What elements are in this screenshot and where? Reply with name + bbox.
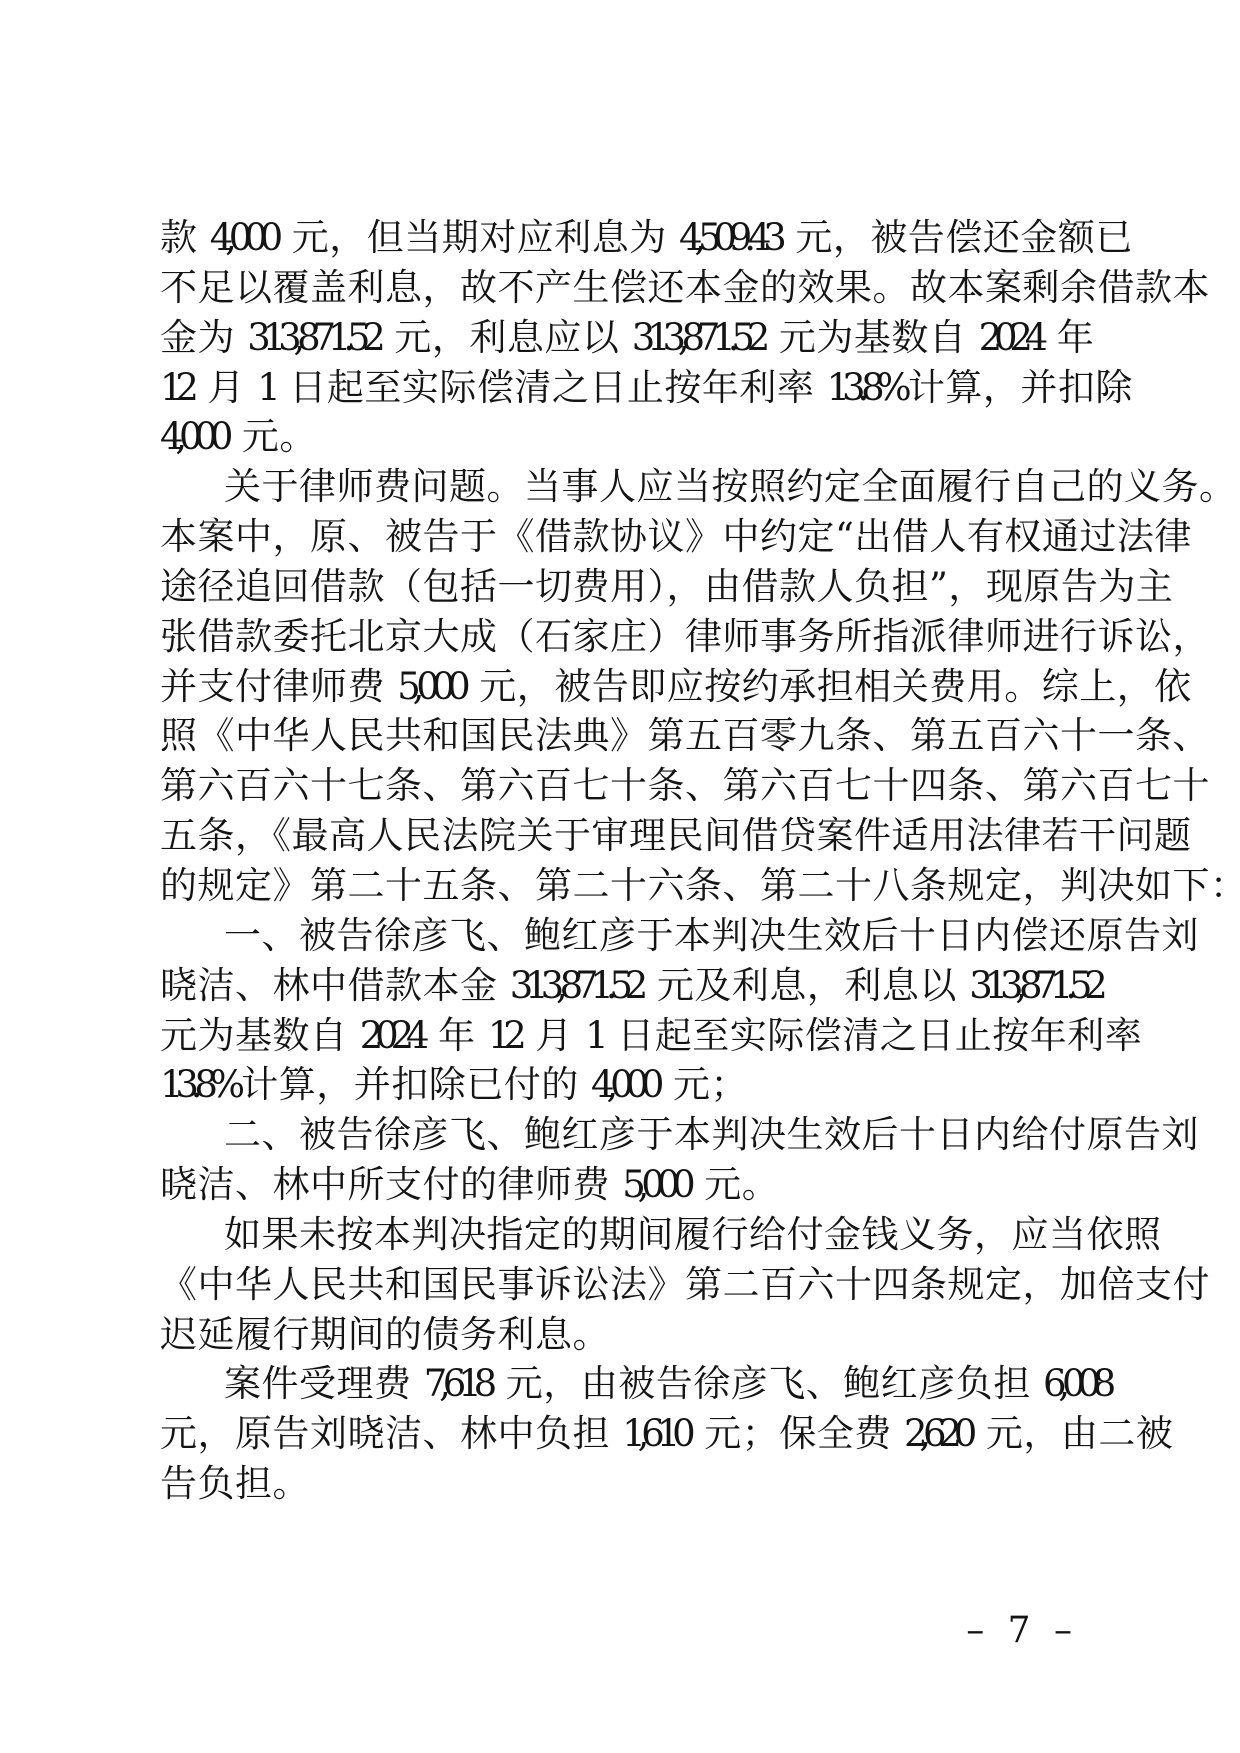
numeric-value: 1 xyxy=(585,1014,605,1057)
text-line: 元为基数自 2024 年 12 月 1 日起至实际偿清之日止按年利率 xyxy=(160,1011,1078,1061)
text-line: 一、被告徐彦飞、鲍红彦于本判决生效后十日内偿还原告刘 xyxy=(160,911,1078,961)
numeric-value: 313,871.52 xyxy=(969,964,1104,1007)
text-line: 元，原告刘晓洁、林中负担 1,610 元；保全费 2,620 元，由二被 xyxy=(160,1409,1078,1459)
paragraph-judgment-item-2: 二、被告徐彦飞、鲍红彦于本判决生效后十日内给付原告刘晓洁、林中所支付的律师费 5… xyxy=(160,1110,1078,1210)
numeric-value: 4,000 xyxy=(160,415,230,458)
paragraph-remaining-principal: 款 4,000 元，但当期对应利息为 4,509.43 元，被告偿还金额已不足以… xyxy=(160,213,1078,462)
text-line: 途径追回借款（包括一切费用），由借款人负担”，现原告为主 xyxy=(160,562,1078,612)
numeric-value: 12 xyxy=(160,366,195,409)
text-line: 12 月 1 日起至实际偿清之日止按年利率 13.8%计算，并扣除 xyxy=(160,363,1078,413)
text-line: 并支付律师费 5,000 元，被告即应按约承担相关费用。综上，依 xyxy=(160,662,1078,712)
numeric-value: 2024 xyxy=(360,1014,426,1057)
text-line: 关于律师费问题。当事人应当按照约定全面履行自己的义务。 xyxy=(160,462,1078,512)
numeric-value: 13.8% xyxy=(827,366,908,409)
text-line: 本案中，原、被告于《借款协议》中约定“出借人有权通过法律 xyxy=(160,512,1078,562)
text-line: 不足以覆盖利息，故不产生偿还本金的效果。故本案剩余借款本 xyxy=(160,263,1078,313)
paragraph-judgment-item-1: 一、被告徐彦飞、鲍红彦于本判决生效后十日内偿还原告刘晓洁、林中借款本金 313,… xyxy=(160,911,1078,1110)
text-line: 晓洁、林中借款本金 313,871.52 元及利息，利息以 313,871.52 xyxy=(160,961,1078,1011)
text-line: 张借款委托北京大成（石家庄）律师事务所指派律师进行诉讼， xyxy=(160,612,1078,662)
text-line: 二、被告徐彦飞、鲍红彦于本判决生效后十日内给付原告刘 xyxy=(160,1110,1078,1160)
text-line: 如果未按本判决指定的期间履行给付金钱义务，应当依照 xyxy=(160,1210,1078,1260)
numeric-value: 2024 xyxy=(979,316,1045,359)
judgment-text: 款 4,000 元，但当期对应利息为 4,509.43 元，被告偿还金额已不足以… xyxy=(160,213,1078,1509)
paragraph-attorney-fee-and-legal-basis: 关于律师费问题。当事人应当按照约定全面履行自己的义务。本案中，原、被告于《借款协… xyxy=(160,462,1078,911)
numeric-value: 4,000 xyxy=(210,216,280,259)
text-line: 13.8%计算，并扣除已付的 4,000 元； xyxy=(160,1060,1078,1110)
numeric-value: 4,509.43 xyxy=(679,216,783,259)
text-line: 案件受理费 7,618 元，由被告徐彦飞、鲍红彦负担 6,008 xyxy=(160,1359,1078,1409)
paragraph-litigation-costs: 案件受理费 7,618 元，由被告徐彦飞、鲍红彦负担 6,008元，原告刘晓洁、… xyxy=(160,1359,1078,1509)
text-line: 款 4,000 元，但当期对应利息为 4,509.43 元，被告偿还金额已 xyxy=(160,213,1078,263)
numeric-value: 6,008 xyxy=(1043,1362,1113,1405)
numeric-value: 1,610 xyxy=(622,1412,692,1455)
numeric-value: 5,000 xyxy=(397,665,467,708)
numeric-value: 313,871.52 xyxy=(510,964,645,1007)
numeric-value: 13.8% xyxy=(160,1063,241,1106)
text-line: 《中华人民共和国民事诉讼法》第二百六十四条规定，加倍支付 xyxy=(160,1260,1078,1310)
numeric-value: 1 xyxy=(257,366,277,409)
document-page: 款 4,000 元，但当期对应利息为 4,509.43 元，被告偿还金额已不足以… xyxy=(0,0,1240,1753)
text-line: 晓洁、林中所支付的律师费 5,000 元。 xyxy=(160,1160,1078,1210)
numeric-value: 2,620 xyxy=(904,1412,974,1455)
text-line: 迟延履行期间的债务利息。 xyxy=(160,1310,1078,1360)
text-line: 照《中华人民共和国民法典》第五百零九条、第五百六十一条、 xyxy=(160,711,1078,761)
numeric-value: 5,000 xyxy=(622,1163,692,1206)
numeric-value: 313,871.52 xyxy=(247,316,382,359)
numeric-value: 12 xyxy=(488,1014,523,1057)
paragraph-late-performance-interest: 如果未按本判决指定的期间履行给付金钱义务，应当依照《中华人民共和国民事诉讼法》第… xyxy=(160,1210,1078,1360)
text-line: 4,000 元。 xyxy=(160,412,1078,462)
text-line: 金为 313,871.52 元，利息应以 313,871.52 元为基数自 20… xyxy=(160,313,1078,363)
numeric-value: 7,618 xyxy=(424,1362,494,1405)
page-number: – 7 – xyxy=(966,1606,1078,1656)
text-line: 五条，《最高人民法院关于审理民间借贷案件适用法律若干问题 xyxy=(160,811,1078,861)
text-line: 的规定》第二十五条、第二十六条、第二十八条规定，判决如下： xyxy=(160,861,1078,911)
numeric-value: 313,871.52 xyxy=(632,316,767,359)
numeric-value: 4,000 xyxy=(591,1063,661,1106)
text-line: 告负担。 xyxy=(160,1459,1078,1509)
text-line: 第六百六十七条、第六百七十条、第六百七十四条、第六百七十 xyxy=(160,761,1078,811)
